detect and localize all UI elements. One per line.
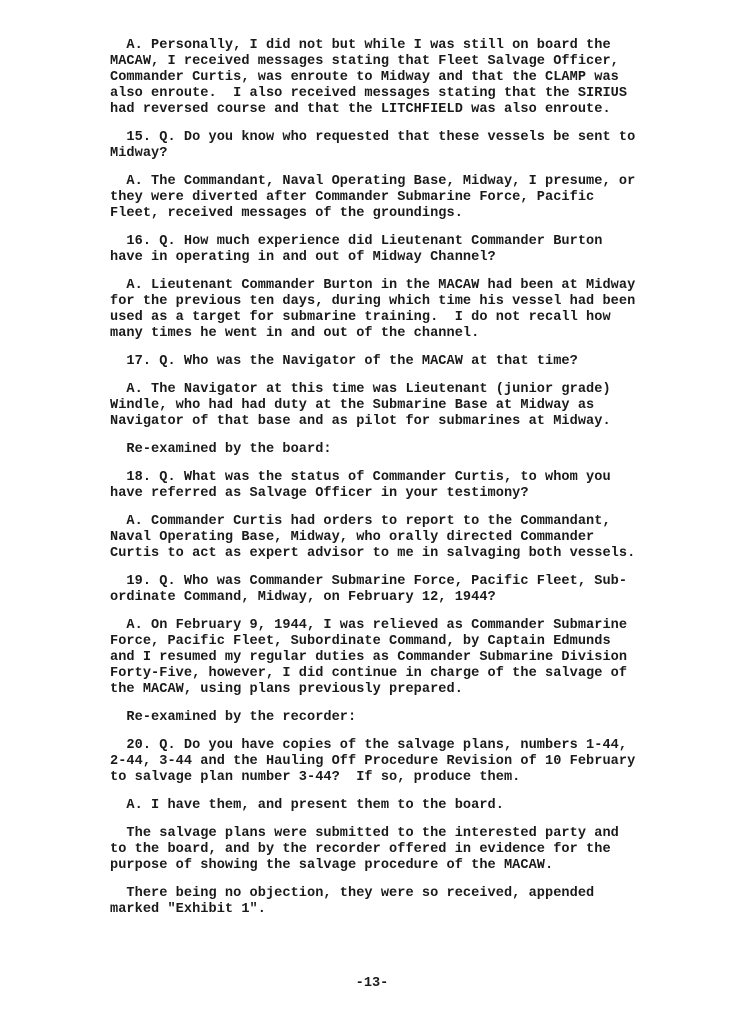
text-line: A. Lieutenant Commander Burton in the MA… — [110, 278, 680, 294]
question-paragraph: 17. Q. Who was the Navigator of the MACA… — [110, 354, 680, 370]
text-line: Windle, who had had duty at the Submarin… — [110, 398, 680, 414]
narrative-paragraph: There being no objection, they were so r… — [110, 886, 680, 918]
text-line: Re-examined by the recorder: — [110, 710, 680, 726]
text-line: Forty-Five, however, I did continue in c… — [110, 666, 680, 682]
text-line: ordinate Command, Midway, on February 12… — [110, 590, 680, 606]
text-line: had reversed course and that the LITCHFI… — [110, 102, 680, 118]
text-line: A. Commander Curtis had orders to report… — [110, 514, 680, 530]
text-line: Curtis to act as expert advisor to me in… — [110, 546, 680, 562]
text-line: many times he went in and out of the cha… — [110, 326, 680, 342]
text-line: 20. Q. Do you have copies of the salvage… — [110, 738, 680, 754]
text-line: Force, Pacific Fleet, Subordinate Comman… — [110, 634, 680, 650]
text-line: MACAW, I received messages stating that … — [110, 54, 680, 70]
heading-paragraph: Re-examined by the board: — [110, 442, 680, 458]
answer-paragraph: A. Commander Curtis had orders to report… — [110, 514, 680, 562]
text-line: and I resumed my regular duties as Comma… — [110, 650, 680, 666]
text-line: Navigator of that base and as pilot for … — [110, 414, 680, 430]
text-line: 17. Q. Who was the Navigator of the MACA… — [110, 354, 680, 370]
question-paragraph: 19. Q. Who was Commander Submarine Force… — [110, 574, 680, 606]
text-line: used as a target for submarine training.… — [110, 310, 680, 326]
answer-paragraph: A. Lieutenant Commander Burton in the MA… — [110, 278, 680, 342]
narrative-paragraph: The salvage plans were submitted to the … — [110, 826, 680, 874]
answer-paragraph: A. The Commandant, Naval Operating Base,… — [110, 174, 680, 222]
text-line: to salvage plan number 3-44? If so, prod… — [110, 770, 680, 786]
document-page: A. Personally, I did not but while I was… — [110, 38, 680, 930]
text-line: 15. Q. Do you know who requested that th… — [110, 130, 680, 146]
question-paragraph: 20. Q. Do you have copies of the salvage… — [110, 738, 680, 786]
answer-paragraph: A. The Navigator at this time was Lieute… — [110, 382, 680, 430]
text-line: 18. Q. What was the status of Commander … — [110, 470, 680, 486]
text-line: to the board, and by the recorder offere… — [110, 842, 680, 858]
text-line: marked "Exhibit 1". — [110, 902, 680, 918]
text-line: A. The Commandant, Naval Operating Base,… — [110, 174, 680, 190]
text-line: A. Personally, I did not but while I was… — [110, 38, 680, 54]
text-line: 16. Q. How much experience did Lieutenan… — [110, 234, 680, 250]
text-line: 19. Q. Who was Commander Submarine Force… — [110, 574, 680, 590]
text-line: have referred as Salvage Officer in your… — [110, 486, 680, 502]
heading-paragraph: Re-examined by the recorder: — [110, 710, 680, 726]
answer-paragraph: A. Personally, I did not but while I was… — [110, 38, 680, 118]
text-line: Naval Operating Base, Midway, who orally… — [110, 530, 680, 546]
text-line: Re-examined by the board: — [110, 442, 680, 458]
text-line: also enroute. I also received messages s… — [110, 86, 680, 102]
text-line: the MACAW, using plans previously prepar… — [110, 682, 680, 698]
text-line: purpose of showing the salvage procedure… — [110, 858, 680, 874]
text-line: The salvage plans were submitted to the … — [110, 826, 680, 842]
answer-paragraph: A. On February 9, 1944, I was relieved a… — [110, 618, 680, 698]
text-line: Commander Curtis, was enroute to Midway … — [110, 70, 680, 86]
text-line: A. I have them, and present them to the … — [110, 798, 680, 814]
question-paragraph: 15. Q. Do you know who requested that th… — [110, 130, 680, 162]
text-line: 2-44, 3-44 and the Hauling Off Procedure… — [110, 754, 680, 770]
question-paragraph: 16. Q. How much experience did Lieutenan… — [110, 234, 680, 266]
text-line: they were diverted after Commander Subma… — [110, 190, 680, 206]
text-line: Fleet, received messages of the groundin… — [110, 206, 680, 222]
text-line: Midway? — [110, 146, 680, 162]
text-line: for the previous ten days, during which … — [110, 294, 680, 310]
text-line: There being no objection, they were so r… — [110, 886, 680, 902]
text-line: A. On February 9, 1944, I was relieved a… — [110, 618, 680, 634]
answer-paragraph: A. I have them, and present them to the … — [110, 798, 680, 814]
text-line: A. The Navigator at this time was Lieute… — [110, 382, 680, 398]
page-number: -13- — [0, 976, 744, 991]
question-paragraph: 18. Q. What was the status of Commander … — [110, 470, 680, 502]
text-line: have in operating in and out of Midway C… — [110, 250, 680, 266]
